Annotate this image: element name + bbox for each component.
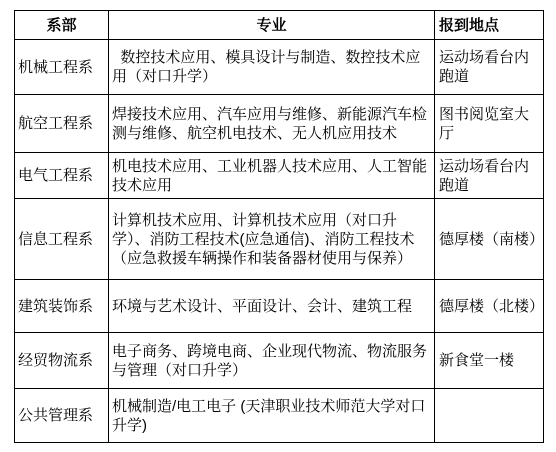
- cell-majors: 焊接技术应用、汽车应用与维修、新能源汽车检测与维修、航空机电技术、无人机应用技术: [109, 95, 435, 153]
- table-row: 航空工程系 焊接技术应用、汽车应用与维修、新能源汽车检测与维修、航空机电技术、无…: [15, 95, 544, 153]
- cell-department: 公共管理系: [15, 389, 109, 443]
- header-cell-department: 系部: [15, 11, 109, 40]
- cell-department: 机械工程系: [15, 40, 109, 95]
- cell-location: 德厚楼（北楼）: [435, 280, 544, 333]
- header-cell-location: 报到地点: [435, 11, 544, 40]
- table-row: 建筑装饰系 环境与艺术设计、平面设计、会计、建筑工程 德厚楼（北楼）: [15, 280, 544, 333]
- cell-majors: 电子商务、跨境电商、企业现代物流、物流服务与管理（对口升学）: [109, 333, 435, 389]
- header-cell-major: 专业: [109, 11, 435, 40]
- cell-department: 航空工程系: [15, 95, 109, 153]
- cell-majors: 机电技术应用、工业机器人技术应用、人工智能技术应用: [109, 153, 435, 199]
- registration-table: 系部 专业 报到地点 机械工程系 数控技术应用、模具设计与制造、数控技术应用（对…: [14, 10, 544, 443]
- cell-majors: 环境与艺术设计、平面设计、会计、建筑工程: [109, 280, 435, 333]
- cell-majors: 数控技术应用、模具设计与制造、数控技术应用（对口升学）: [109, 40, 435, 95]
- cell-location: 图书阅览室大厅: [435, 95, 544, 153]
- cell-majors: 机械制造/电工电子 (天津职业技术师范大学对口升学): [109, 389, 435, 443]
- cell-location: 运动场看台内跑道: [435, 153, 544, 199]
- cell-majors: 计算机技术应用、计算机技术应用（对口升学）、消防工程技术(应急通信)、消防工程技…: [109, 199, 435, 280]
- table-row: 经贸物流系 电子商务、跨境电商、企业现代物流、物流服务与管理（对口升学） 新食堂…: [15, 333, 544, 389]
- cell-location: 新食堂一楼: [435, 333, 544, 389]
- cell-department: 经贸物流系: [15, 333, 109, 389]
- cell-department: 电气工程系: [15, 153, 109, 199]
- table-row: 电气工程系 机电技术应用、工业机器人技术应用、人工智能技术应用 运动场看台内跑道: [15, 153, 544, 199]
- cell-location: 运动场看台内跑道: [435, 40, 544, 95]
- table-row: 机械工程系 数控技术应用、模具设计与制造、数控技术应用（对口升学） 运动场看台内…: [15, 40, 544, 95]
- table-header-row: 系部 专业 报到地点: [15, 11, 544, 40]
- cell-department: 信息工程系: [15, 199, 109, 280]
- table-row: 信息工程系 计算机技术应用、计算机技术应用（对口升学）、消防工程技术(应急通信)…: [15, 199, 544, 280]
- table-row: 公共管理系 机械制造/电工电子 (天津职业技术师范大学对口升学): [15, 389, 544, 443]
- cell-location: 德厚楼（南楼）: [435, 199, 544, 280]
- cell-department: 建筑装饰系: [15, 280, 109, 333]
- cell-location: [435, 389, 544, 443]
